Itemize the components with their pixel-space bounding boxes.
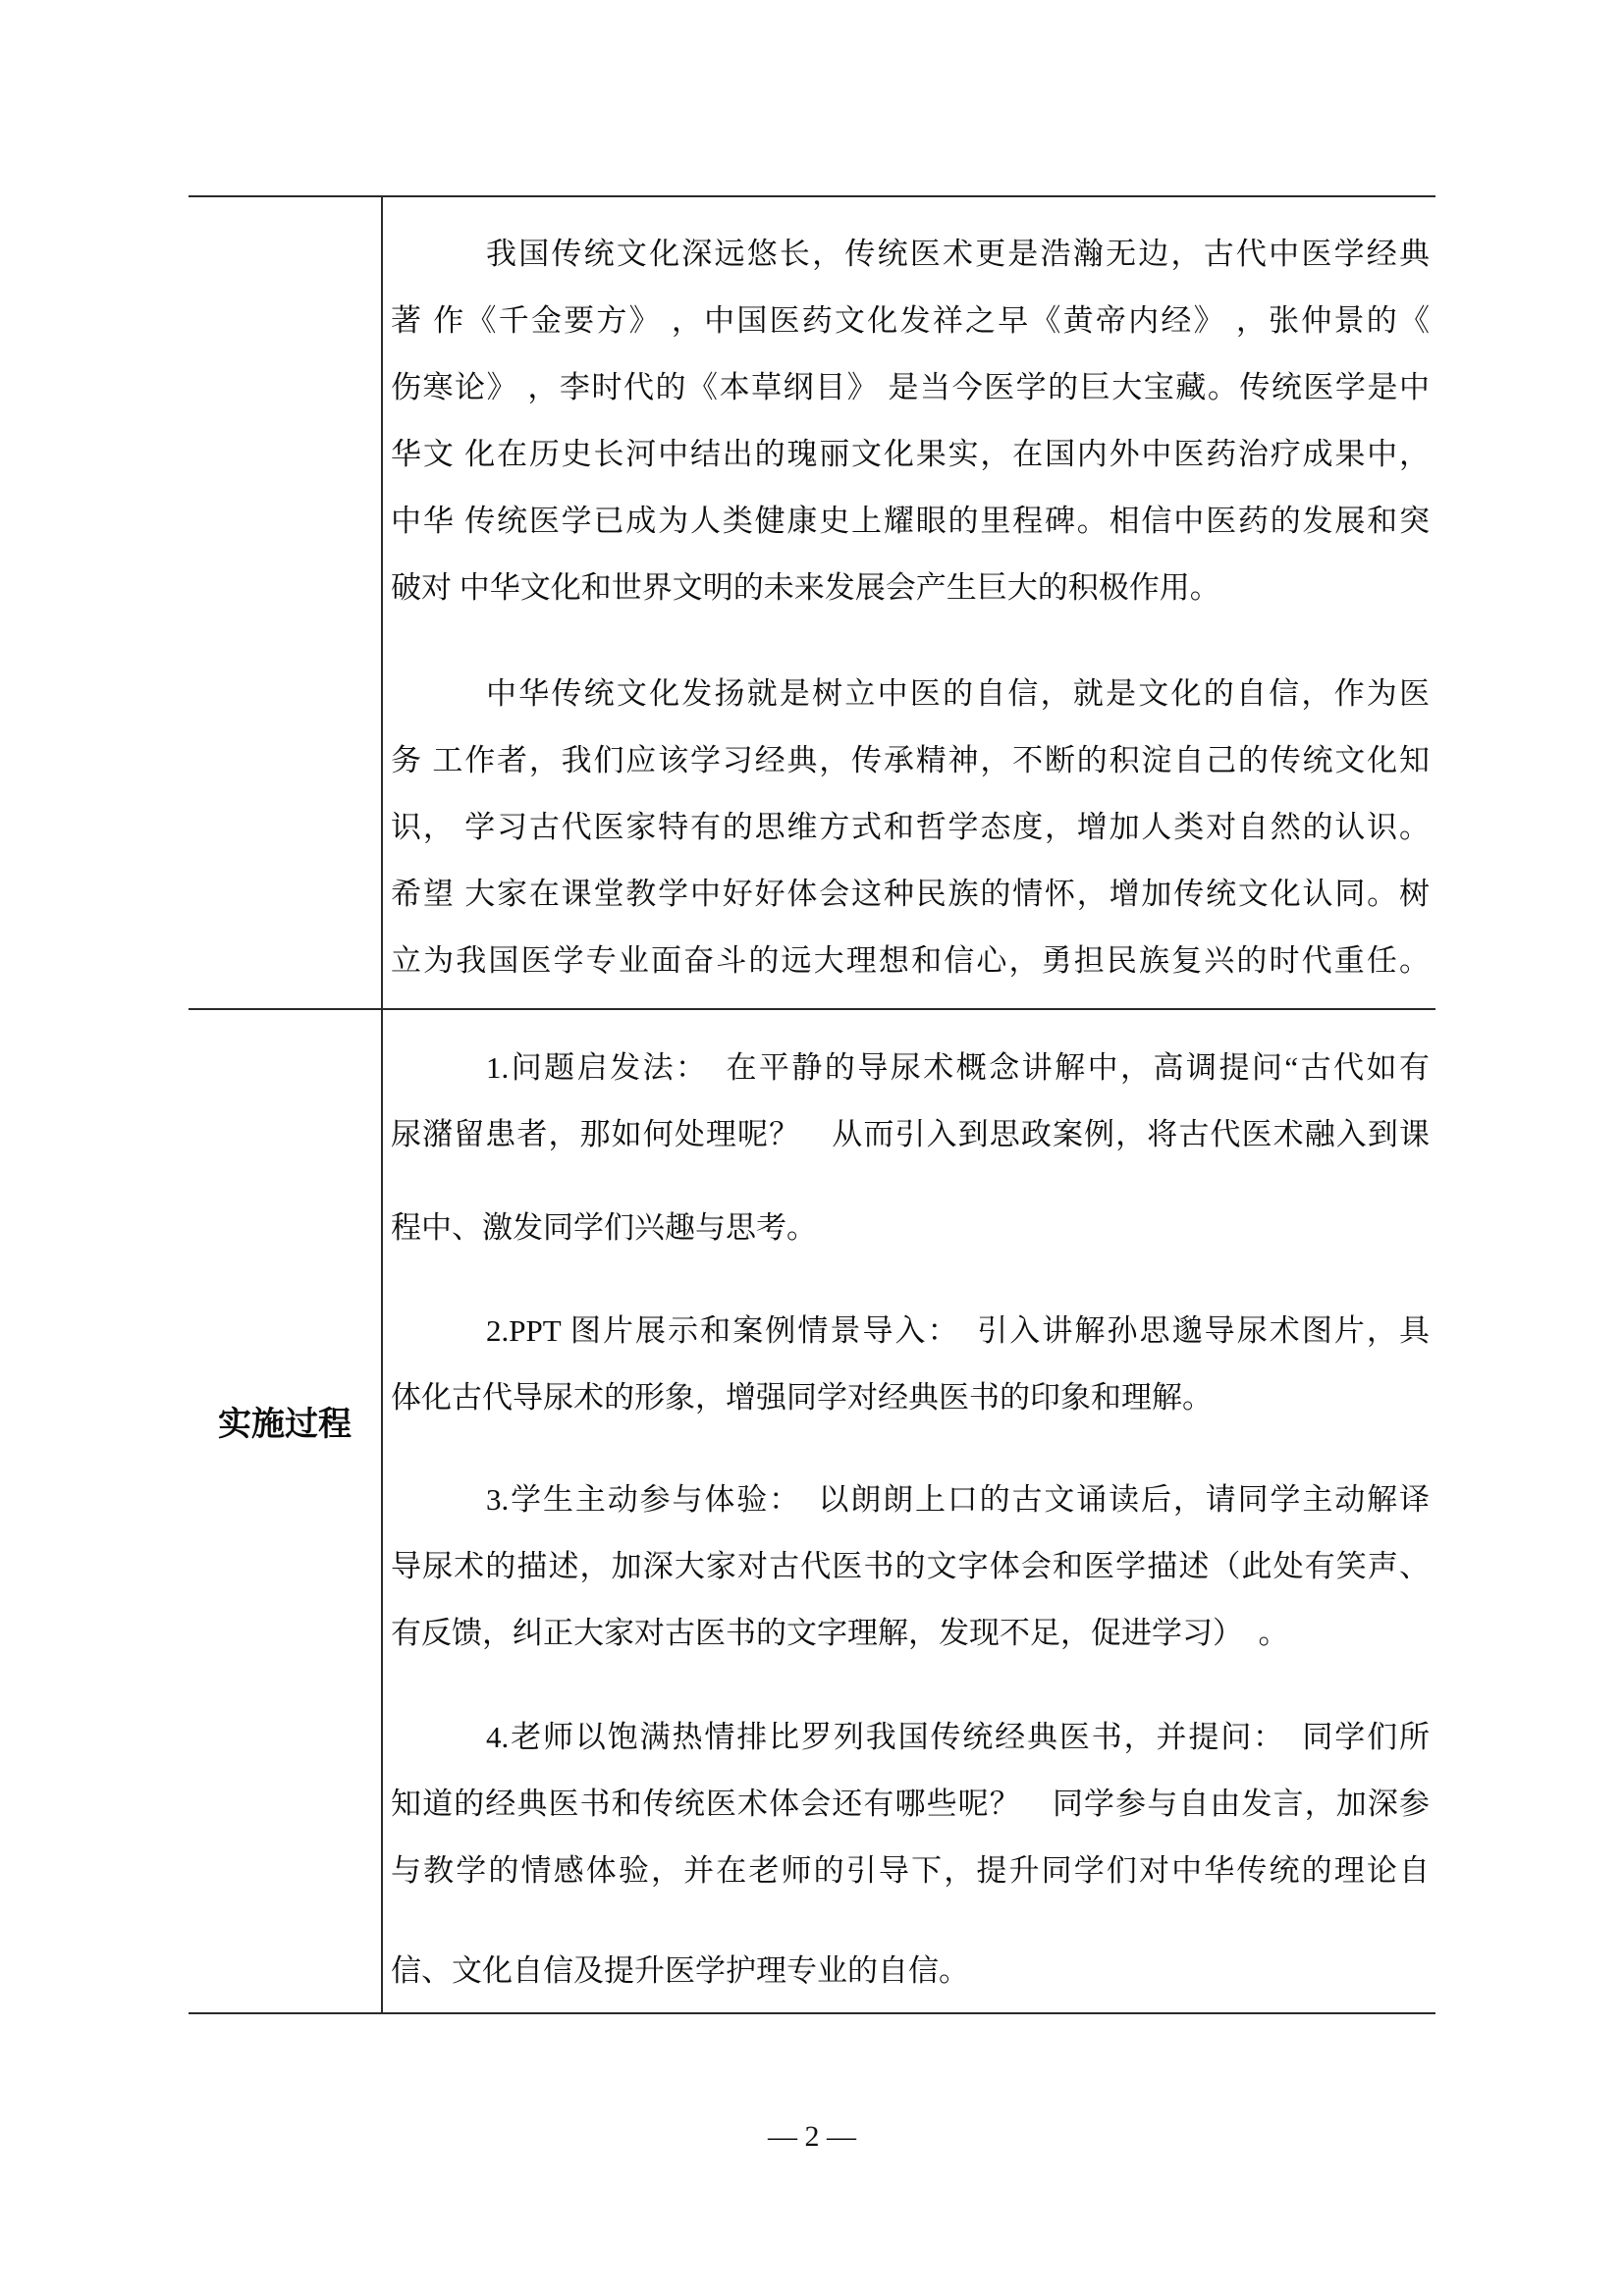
row-label-cell: 实施过程 (189, 1010, 383, 2012)
text-line: 伤寒论》 ，李时代的《本草纲目》 是当今医学的巨大宝藏。传统医学是中 (391, 354, 1430, 421)
row-header-label: 实施过程 (218, 1406, 352, 1445)
text-line: 中华传统文化发扬就是树立中医的自信，就是文化的自信，作为医 (391, 661, 1430, 727)
row-label-cell-empty (189, 197, 383, 1008)
text-line: 我国传统文化深远悠长，传统医术更是浩瀚无边，古代中医学经典 (391, 221, 1430, 288)
text-line: 识， 学习古代医家特有的思维方式和哲学态度，增加人类对自然的认识。 (391, 794, 1430, 861)
text-line: 与教学的情感体验，并在老师的引导下，提升同学们对中华传统的理论自 (391, 1838, 1430, 1904)
text-line: 3.学生主动参与体验： 以朗朗上口的古文诵读后，请同学主动解译 (391, 1467, 1430, 1533)
text-line: 务 工作者，我们应该学习经典，传承精神，不断的积淀自己的传统文化知 (391, 727, 1430, 794)
row-content-cell: 1.问题启发法： 在平静的导尿术概念讲解中，高调提问“古代如有 尿潴留患者，那如… (383, 1010, 1435, 2012)
text-line: 知道的经典医书和传统医术体会还有哪些呢？ 同学参与自由发言，加深参 (391, 1771, 1430, 1838)
text-line: 有反馈，纠正大家对古医书的文字理解，发现不足，促进学习） 。 (391, 1600, 1430, 1667)
text-line: 信、文化自信及提升医学护理专业的自信。 (391, 1938, 1430, 2004)
text-line: 破对 中华文化和世界文明的未来发展会产生巨大的积极作用。 (391, 555, 1430, 621)
row-content-cell: 我国传统文化深远悠长，传统医术更是浩瀚无边，古代中医学经典 著 作《千金要方》 … (383, 197, 1435, 1008)
document-page: 我国传统文化深远悠长，传统医术更是浩瀚无边，古代中医学经典 著 作《千金要方》 … (0, 0, 1624, 2296)
text-line: 希望 大家在课堂教学中好好体会这种民族的情怀，增加传统文化认同。树 (391, 861, 1430, 928)
content-table: 我国传统文化深远悠长，传统医术更是浩瀚无边，古代中医学经典 著 作《千金要方》 … (189, 195, 1435, 2014)
text-line: 立为我国医学专业面奋斗的远大理想和信心，勇担民族复兴的时代重任。 (391, 928, 1430, 994)
table-row-overview: 我国传统文化深远悠长，传统医术更是浩瀚无边，古代中医学经典 著 作《千金要方》 … (189, 197, 1435, 1010)
text-line: 导尿术的描述，加深大家对古代医书的文字体会和医学描述（此处有笑声、 (391, 1533, 1430, 1600)
text-line: 4.老师以饱满热情排比罗列我国传统经典医书，并提问： 同学们所 (391, 1704, 1430, 1771)
text-line: 华文 化在历史长河中结出的瑰丽文化果实，在国内外中医药治疗成果中， (391, 421, 1430, 488)
text-line: 2.PPT 图片展示和案例情景导入： 引入讲解孙思邈导尿术图片，具 (391, 1298, 1430, 1364)
table-row-implementation: 实施过程 1.问题启发法： 在平静的导尿术概念讲解中，高调提问“古代如有 尿潴留… (189, 1010, 1435, 2012)
page-number: — 2 — (0, 2118, 1624, 2156)
text-line: 体化古代导尿术的形象，增强同学对经典医书的印象和理解。 (391, 1364, 1430, 1431)
text-line: 著 作《千金要方》 ，中国医药文化发祥之早《黄帝内经》 ，张仲景的《 (391, 288, 1430, 354)
text-line: 尿潴留患者，那如何处理呢？ 从而引入到思政案例，将古代医术融入到课 (391, 1101, 1430, 1168)
text-line: 程中、激发同学们兴趣与思考。 (391, 1195, 1430, 1261)
text-line: 中华 传统医学已成为人类健康史上耀眼的里程碑。相信中医药的发展和突 (391, 488, 1430, 555)
text-line: 1.问题启发法： 在平静的导尿术概念讲解中，高调提问“古代如有 (391, 1035, 1430, 1101)
